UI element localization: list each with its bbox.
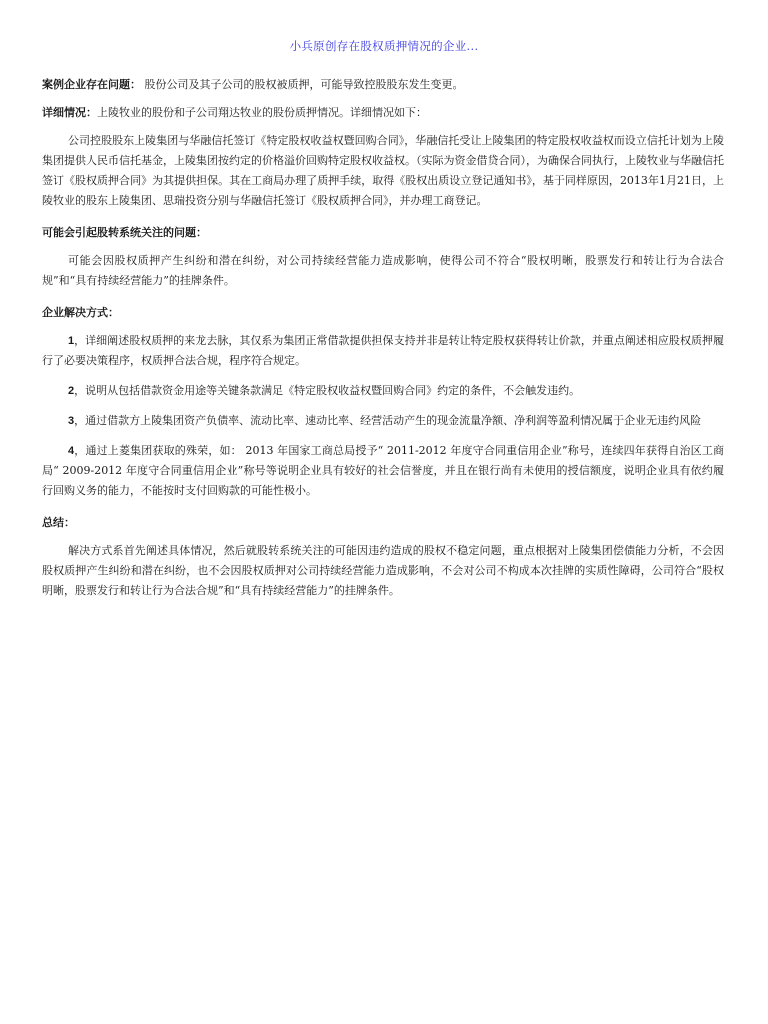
details-line: 详细情况：上陵牧业的股份和子公司翔达牧业的股份质押情况。详细情况如下： <box>42 103 724 123</box>
item-text: ，详细阐述股权质押的来龙去脉，其仅系为集团正常借款提供担保支持并非是转让特定股权… <box>42 334 724 367</box>
item-text: ，说明从包括借款资金用途等关键条款满足《特定股权收益权暨回购合同》约定的条件，不… <box>74 384 580 397</box>
document-body: 案例企业存在问题： 股份公司及其子公司的股权被质押，可能导致控股股东发生变更。 … <box>42 75 724 601</box>
summary-paragraph: 解决方式系首先阐述具体情况，然后就股转系统关注的可能因违约造成的股权不稳定问题，… <box>42 541 724 601</box>
case-issue-line: 案例企业存在问题： 股份公司及其子公司的股权被质押，可能导致控股股东发生变更。 <box>42 75 724 95</box>
details-paragraph: 公司控股股东上陵集团与华融信托签订《特定股权收益权暨回购合同》，华融信托受让上陵… <box>42 131 724 211</box>
case-issue-text: 股份公司及其子公司的股权被质押，可能导致控股股东发生变更。 <box>141 78 464 91</box>
item-text: ，通过借款方上陵集团资产负债率、流动比率、速动比率、经营活动产生的现金流量净额、… <box>74 414 701 427</box>
concern-heading: 可能会引起股转系统关注的问题： <box>42 223 724 243</box>
solution-item: 1，详细阐述股权质押的来龙去脉，其仅系为集团正常借款提供担保支持并非是转让特定股… <box>42 331 724 371</box>
solution-item: 3，通过借款方上陵集团资产负债率、流动比率、速动比率、经营活动产生的现金流量净额… <box>42 411 724 431</box>
summary-heading: 总结： <box>42 513 724 533</box>
solution-item: 4，通过上菱集团获取的殊荣，如： 2013 年国家工商总局授予“ 2011-20… <box>42 441 724 501</box>
document-page: 小兵原创存在股权质押情况的企业... 案例企业存在问题： 股份公司及其子公司的股… <box>0 0 768 1024</box>
document-title[interactable]: 小兵原创存在股权质押情况的企业... <box>0 38 768 54</box>
concern-paragraph: 可能会因股权质押产生纠纷和潜在纠纷，对公司持续经营能力造成影响，使得公司不符合“… <box>42 251 724 291</box>
solution-heading: 企业解决方式： <box>42 303 724 323</box>
item-text: ，通过上菱集团获取的殊荣，如： 2013 年国家工商总局授予“ 2011-201… <box>42 444 724 497</box>
details-label: 详细情况： <box>42 106 97 119</box>
solution-item: 2，说明从包括借款资金用途等关键条款满足《特定股权收益权暨回购合同》约定的条件，… <box>42 381 724 401</box>
details-text: 上陵牧业的股份和子公司翔达牧业的股份质押情况。详细情况如下： <box>97 106 427 119</box>
case-issue-label: 案例企业存在问题： <box>42 78 141 91</box>
